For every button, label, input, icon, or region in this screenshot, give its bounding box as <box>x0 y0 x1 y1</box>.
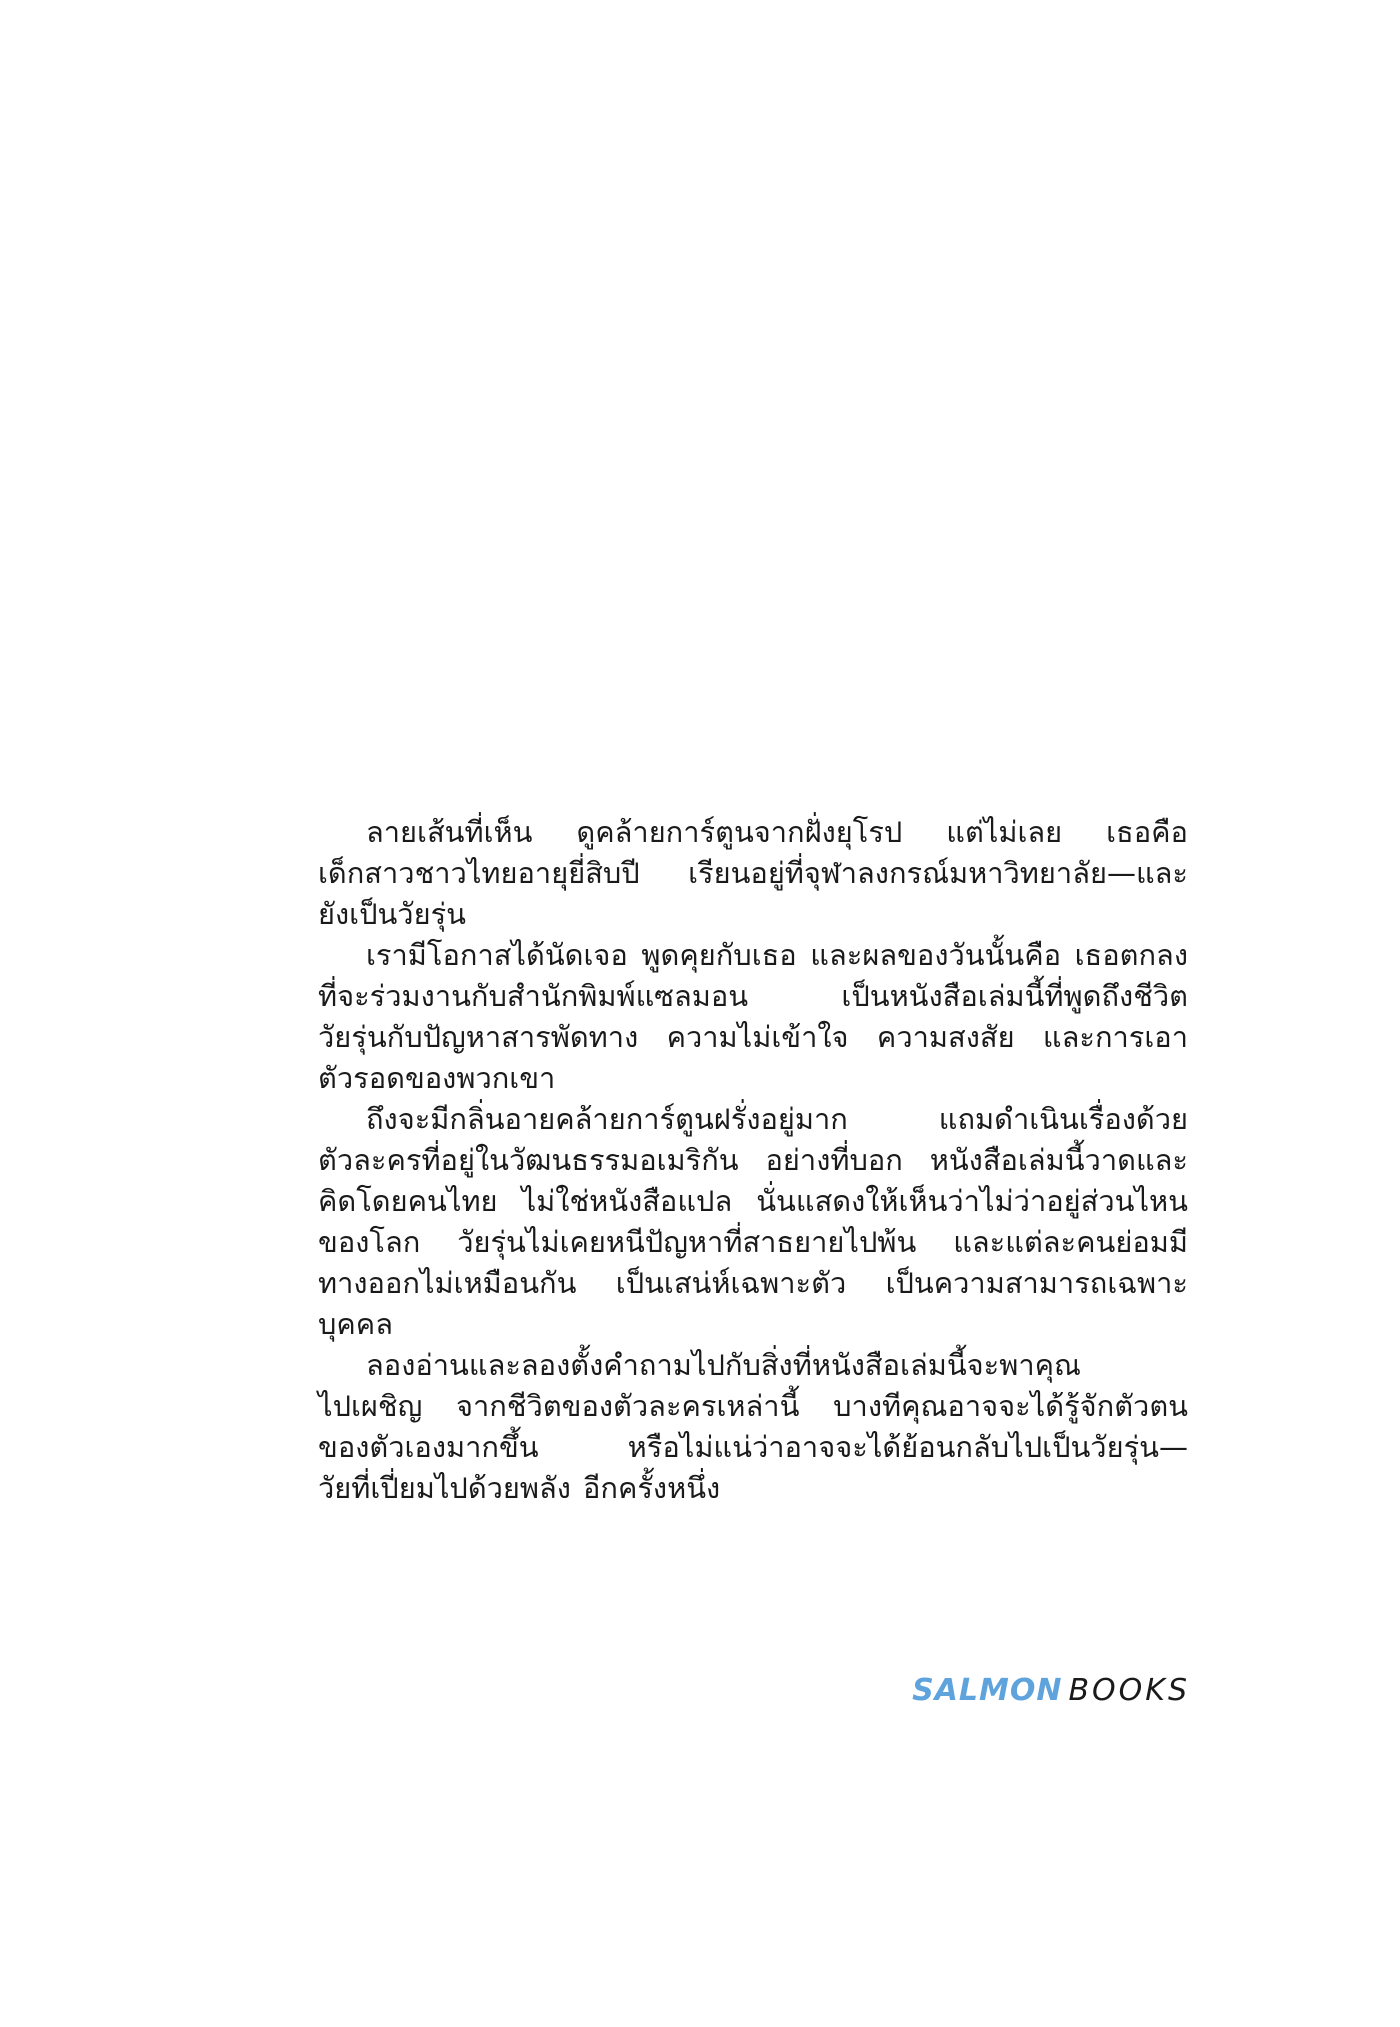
text-line: เรามีโอกาสได้นัดเจอ พูดคุยกับเธอ และผลขอ… <box>318 935 1188 976</box>
text-line: ทางออกไม่เหมือนกัน เป็นเสน่ห์เฉพาะตัว เป… <box>318 1263 1188 1304</box>
text-line: ไปเผชิญ จากชีวิตของตัวละครเหล่านี้ บางที… <box>318 1386 1188 1427</box>
text-line: ที่จะร่วมงานกับสำนักพิมพ์แซลมอน เป็นหนัง… <box>318 976 1188 1017</box>
text-line: ตัวละครที่อยู่ในวัฒนธรรมอเมริกัน อย่างที… <box>318 1140 1188 1181</box>
text-line: ถึงจะมีกลิ่นอายคล้ายการ์ตูนฝรั่งอยู่มาก … <box>318 1099 1188 1140</box>
blurb-text: ลายเส้นที่เห็น ดูคล้ายการ์ตูนจากฝั่งยุโร… <box>318 812 1188 1509</box>
book-page: ลายเส้นที่เห็น ดูคล้ายการ์ตูนจากฝั่งยุโร… <box>0 0 1400 2027</box>
text-line: บุคคล <box>318 1304 1188 1345</box>
text-line: เด็กสาวชาวไทยอายุยี่สิบปี เรียนอยู่ที่จุ… <box>318 853 1188 894</box>
text-line: ตัวรอดของพวกเขา <box>318 1058 1188 1099</box>
logo-books-text: BOOKS <box>1068 1673 1190 1708</box>
text-line: คิดโดยคนไทย ไม่ใช่หนังสือแปล นั่นแสดงให้… <box>318 1181 1188 1222</box>
text-line: ของโลก วัยรุ่นไม่เคยหนีปัญหาที่สาธยายไปพ… <box>318 1222 1188 1263</box>
salmon-books-logo: SALMON BOOKS <box>978 1668 1190 1712</box>
text-line: วัยที่เปี่ยมไปด้วยพลัง อีกครั้งหนึ่ง <box>318 1468 1188 1509</box>
text-line: ของตัวเองมากขึ้น หรือไม่แน่ว่าอาจจะได้ย้… <box>318 1427 1188 1468</box>
logo-salmon-text: SALMON <box>912 1673 1062 1708</box>
text-line: ลายเส้นที่เห็น ดูคล้ายการ์ตูนจากฝั่งยุโร… <box>318 812 1188 853</box>
text-line: วัยรุ่นกับปัญหาสารพัดทาง ความไม่เข้าใจ ค… <box>318 1017 1188 1058</box>
text-line: ยังเป็นวัยรุ่น <box>318 894 1188 935</box>
text-line: ลองอ่านและลองตั้งคำถามไปกับสิ่งที่หนังสื… <box>318 1345 1188 1386</box>
